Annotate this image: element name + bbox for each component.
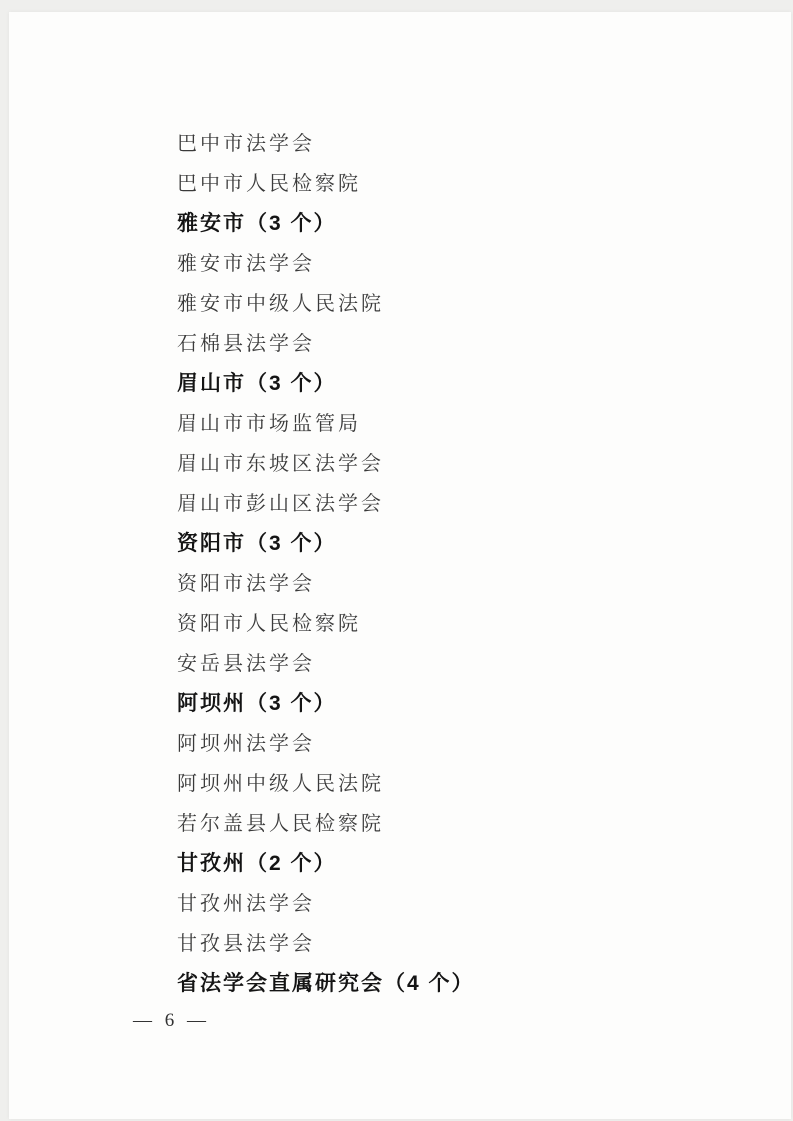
org-list-item: 石棉县法学会 xyxy=(177,324,751,364)
org-list-item: 眉山市市场监管局 xyxy=(177,404,751,444)
org-list-item: 资阳市人民检察院 xyxy=(177,604,751,644)
org-list-item: 眉山市东坡区法学会 xyxy=(177,444,751,484)
org-list-item: 眉山市彭山区法学会 xyxy=(177,484,751,524)
section-heading: 省法学会直属研究会（4 个） xyxy=(177,964,751,1004)
org-list-item: 雅安市中级人民法院 xyxy=(177,284,751,324)
org-list-item: 雅安市法学会 xyxy=(177,244,751,284)
section-heading: 资阳市（3 个） xyxy=(177,524,751,564)
org-list-item: 安岳县法学会 xyxy=(177,644,751,684)
org-list-item: 若尔盖县人民检察院 xyxy=(177,804,751,844)
section-heading: 甘孜州（2 个） xyxy=(177,844,751,884)
org-list-item: 甘孜州法学会 xyxy=(177,884,751,924)
org-list-item: 资阳市法学会 xyxy=(177,564,751,604)
document-page: 巴中市法学会巴中市人民检察院雅安市（3 个）雅安市法学会雅安市中级人民法院石棉县… xyxy=(9,12,791,1119)
section-heading: 眉山市（3 个） xyxy=(177,364,751,404)
section-heading: 阿坝州（3 个） xyxy=(177,684,751,724)
section-heading: 雅安市（3 个） xyxy=(177,204,751,244)
organization-list: 巴中市法学会巴中市人民检察院雅安市（3 个）雅安市法学会雅安市中级人民法院石棉县… xyxy=(177,124,751,1004)
page-number: — 6 — xyxy=(133,1010,210,1032)
org-list-item: 巴中市人民检察院 xyxy=(177,164,751,204)
org-list-item: 巴中市法学会 xyxy=(177,124,751,164)
org-list-item: 甘孜县法学会 xyxy=(177,924,751,964)
org-list-item: 阿坝州法学会 xyxy=(177,724,751,764)
org-list-item: 阿坝州中级人民法院 xyxy=(177,764,751,804)
